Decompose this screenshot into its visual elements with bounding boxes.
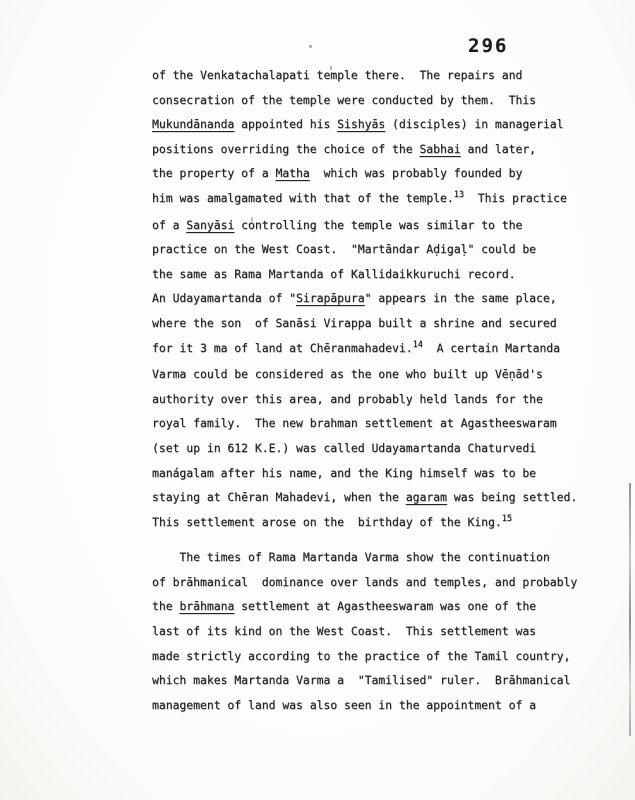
underlined-term: Matha [275, 166, 309, 180]
text-segment: him was amalgamated with that of the tem… [152, 191, 454, 205]
text-segment: where the son of Sanāsi Virappa built a … [152, 316, 557, 330]
text-line: authority over this area, and probably h… [152, 387, 618, 412]
footnote-reference: 14 [413, 340, 423, 350]
text-segment: manágalam after his name, and the King h… [152, 466, 536, 480]
text-line: of a Sanyāsi controlling the temple was … [152, 213, 618, 238]
text-segment: (set up in 612 K.E.) was called Udayamar… [152, 441, 536, 455]
text-segment: the [152, 599, 179, 613]
page-body: of the Venkatachalapati temple there. Th… [152, 63, 618, 717]
text-segment: practice on the West Coast. "Martāndar A… [152, 242, 536, 256]
text-segment: management of land was also seen in the … [152, 698, 536, 712]
footnote-reference: 13 [454, 190, 464, 200]
text-segment: This settlement arose on the birthday of… [152, 515, 502, 529]
underlined-term: Sirapāpura [296, 291, 365, 305]
text-line: consecration of the temple were conducte… [152, 88, 618, 113]
text-line: Varma could be considered as the one who… [152, 362, 618, 387]
text-segment: was being settled. [447, 490, 577, 504]
underlined-term: brāhmana [179, 599, 234, 613]
text-segment: A certain Martanda [423, 341, 560, 355]
text-segment: An Udayamartanda of " [152, 291, 296, 305]
text-line: where the son of Sanāsi Virappa built a … [152, 311, 618, 336]
text-segment: staying at Chēran Mahadevi, when the [152, 490, 406, 504]
text-segment: of the Venkatachalapati temple there. Th… [152, 68, 522, 82]
scan-artifact-speck [330, 66, 332, 70]
text-line: the brāhmana settlement at Agastheeswara… [152, 594, 618, 619]
text-line: positions overriding the choice of the S… [152, 137, 618, 162]
text-segment: which makes Martanda Varma a "Tamilised"… [152, 673, 570, 687]
text-line: of brāhmanical dominance over lands and … [152, 570, 618, 595]
text-line: of the Venkatachalapati temple there. Th… [152, 63, 618, 88]
text-segment: appointed his [234, 117, 337, 131]
underlined-term: Sanyāsi [186, 218, 234, 232]
text-line: the same as Rama Martanda of Kallidaikku… [152, 262, 618, 287]
text-segment: controlling the temple was similar to th… [234, 218, 522, 232]
text-segment: settlement at Agastheeswaram was one of … [234, 599, 536, 613]
text-line: staying at Chēran Mahadevi, when the aga… [152, 485, 618, 510]
text-line: practice on the West Coast. "Martāndar A… [152, 237, 618, 262]
underlined-term: Sabhai [419, 142, 460, 156]
text-segment: of a [152, 218, 186, 232]
text-segment: for it 3 ma of land at Chēranmahadevi. [152, 341, 413, 355]
text-segment: authority over this area, and probably h… [152, 392, 543, 406]
paragraph: The times of Rama Martanda Varma show th… [152, 545, 618, 717]
text-segment: positions overriding the choice of the [152, 142, 419, 156]
text-segment: Varma could be considered as the one who… [152, 367, 543, 381]
text-line: made strictly according to the practice … [152, 644, 618, 669]
footnote-reference: 15 [502, 514, 512, 524]
text-segment: This practice [464, 191, 567, 205]
text-line: (set up in 612 K.E.) was called Udayamar… [152, 436, 618, 461]
text-line: the property of a Matha which was probab… [152, 161, 618, 186]
text-line: for it 3 ma of land at Chēranmahadevi.14… [152, 336, 618, 363]
underlined-term: Mukundānanda [152, 117, 234, 131]
text-line: last of its kind on the West Coast. This… [152, 619, 618, 644]
scan-artifact-speck [309, 45, 312, 48]
text-line: This settlement arose on the birthday of… [152, 510, 618, 537]
text-line: which makes Martanda Varma a "Tamilised"… [152, 668, 618, 693]
text-segment: and later, [461, 142, 536, 156]
scan-artifact-speck [251, 217, 253, 222]
page-number: 296 [468, 35, 508, 57]
underlined-term: Sishyās [337, 117, 385, 131]
text-line: The times of Rama Martanda Varma show th… [152, 545, 618, 570]
text-segment: royal family. The new brahman settlement… [152, 416, 557, 430]
text-segment: consecration of the temple were conducte… [152, 93, 536, 107]
text-segment: The times of Rama Martanda Varma show th… [152, 550, 550, 564]
underlined-term: agaram [406, 490, 447, 504]
text-line: An Udayamartanda of "Sirapāpura" appears… [152, 286, 618, 311]
text-line: royal family. The new brahman settlement… [152, 411, 618, 436]
text-line: Mukundānanda appointed his Sishyās (disc… [152, 112, 618, 137]
text-segment: the same as Rama Martanda of Kallidaikku… [152, 267, 515, 281]
scan-artifact-line [629, 483, 631, 736]
text-segment: last of its kind on the West Coast. This… [152, 624, 536, 638]
text-line: management of land was also seen in the … [152, 693, 618, 718]
scanned-document-page: 296 of the Venkatachalapati temple there… [0, 0, 635, 800]
paragraph: of the Venkatachalapati temple there. Th… [152, 63, 618, 536]
text-segment: (disciples) in managerial [385, 117, 563, 131]
text-segment: the property of a [152, 166, 275, 180]
text-segment: which was probably founded by [310, 166, 523, 180]
text-line: him was amalgamated with that of the tem… [152, 186, 618, 213]
text-line: manágalam after his name, and the King h… [152, 461, 618, 486]
text-segment: " appears in the same place, [365, 291, 557, 305]
text-segment: of brāhmanical dominance over lands and … [152, 575, 577, 589]
text-segment: made strictly according to the practice … [152, 649, 570, 663]
